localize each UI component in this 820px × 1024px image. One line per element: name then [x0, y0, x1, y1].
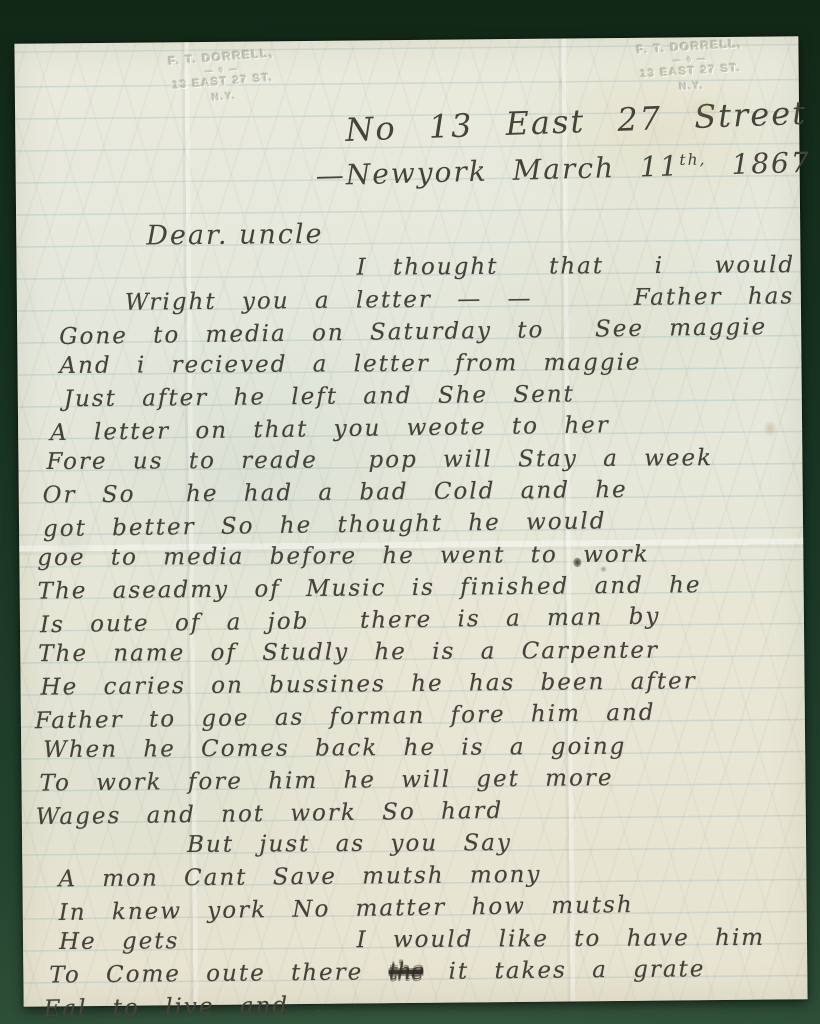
- letter-paper: F. T. DORRELL, — ◊ — 13 EAST 27 ST. N.Y.…: [14, 36, 807, 1006]
- date-line: —Newyork March 11th, 1867: [315, 146, 811, 192]
- date-year: 1867: [706, 146, 811, 182]
- embossed-stamp-right: F. T. DORRELL, — ◊ — 13 EAST 27 ST. N.Y.: [611, 35, 770, 100]
- letter-photograph: F. T. DORRELL, — ◊ — 13 EAST 27 ST. N.Y.…: [0, 0, 820, 1024]
- letter-body: I thought that i would Wright you a lett…: [16, 248, 807, 1023]
- line-text: To Come oute there: [49, 959, 389, 988]
- date-text: —Newyork March 11: [315, 149, 680, 192]
- salutation: Dear. uncle: [146, 219, 324, 252]
- letter-line: goe to media before he went to work: [37, 538, 803, 574]
- letter-line: When he Comes back he is a going: [43, 730, 805, 766]
- scribbled-out-word: the: [389, 959, 424, 985]
- date-superscript: th,: [679, 150, 706, 169]
- letter-line: And i recieved a letter from maggie: [59, 346, 801, 382]
- letter-line: Fore us to reade pop will Stay a week: [46, 442, 802, 478]
- address-line: No 13 East 27 Street: [345, 94, 808, 149]
- line-text: it takes a grate: [423, 956, 705, 985]
- letter-line: He gets I would like to have him: [59, 922, 807, 958]
- letter-line: The name of Studly he is a Carpenter: [38, 634, 804, 670]
- letter-line: I thought that i would: [356, 249, 800, 284]
- embossed-stamp-left: F. T. DORRELL, — ◊ — 13 EAST 27 ST. N.Y.: [155, 45, 291, 110]
- letter-line: But just as you Say: [187, 825, 806, 861]
